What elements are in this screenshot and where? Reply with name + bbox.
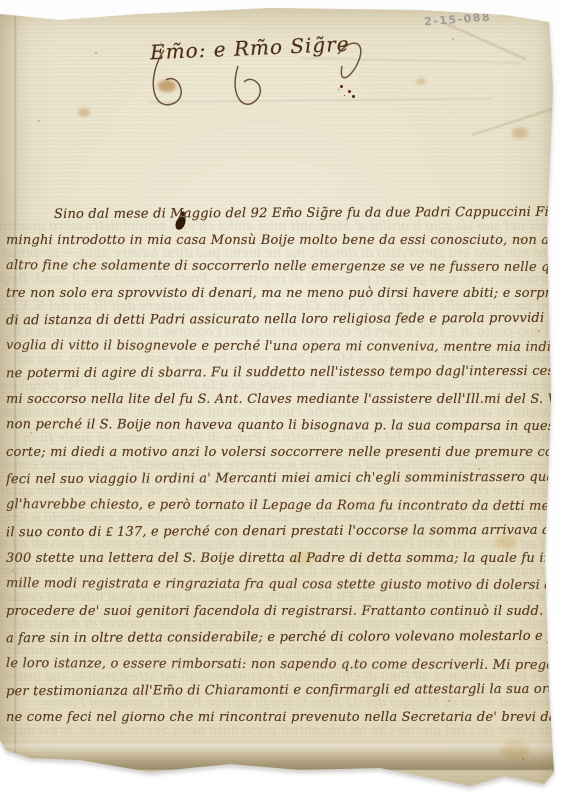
stain-spot [416,78,426,85]
manuscript-line: corte; mi diedi a motivo anzi lo volersi… [6,440,551,467]
manuscript-line: di ad istanza di detti Padri assicurato … [6,306,551,335]
horizontal-crease [150,96,491,103]
diagonal-wrinkle [443,22,526,60]
manuscript-line: voglia di vitto il bisognevole e perché … [6,333,551,361]
horizontal-crease [300,56,521,64]
manuscript-line: gl'havrebbe chiesto, e però tornato il L… [6,492,551,520]
manuscript-line: 300 stette una lettera del S. Boije dire… [6,546,551,573]
manuscript-paper: 2-15-088 Em̃o: e Rm̃o Sig̃re feci nel su… [0,0,561,800]
manuscript-line: le loro istanze, o essere rimborsati: no… [6,651,551,679]
diagonal-wrinkle [472,106,558,136]
manuscript-line: il suo conto di ₤ 137, e perché con dena… [6,518,551,547]
manuscript-line: ne come feci nel giorno che mi rincontra… [6,705,551,732]
foxing-spots [0,0,2,2]
manuscript-line: tre non solo era sprovvisto di denari, m… [6,281,551,308]
ink-dot-cluster [340,85,343,88]
stain-spot [158,80,176,92]
manuscript-line: altro fine che solamente di soccorrerlo … [6,253,551,281]
manuscript-line: a fare sin in oltre detta considerabile;… [6,624,551,653]
manuscript-line: Sino dal mese di Maggio del 92 Em̃o Sig̃… [6,200,551,229]
scanned-letter: 2-15-088 Em̃o: e Rm̃o Sig̃re feci nel su… [0,0,561,800]
bottom-edge-fold [0,744,561,770]
salutation-heading: Em̃o: e Rm̃o Sig̃re [150,32,350,65]
manuscript-line: procedere de' suoi genitori facendola di… [6,599,551,626]
manuscript-line: feci nel suo viaggio li ordini a' Mercan… [6,465,551,494]
letter-body: Sino dal mese di Maggio del 92 Em̃o Sig̃… [6,201,551,731]
stain-spot [78,108,90,117]
stain-spot [512,128,528,138]
catalog-number: 2-15-088 [424,11,492,29]
manuscript-line: minghi introdotto in mia casa Monsù Boij… [6,228,551,255]
manuscript-line: non perché il S. Boije non haveva quanto… [6,412,551,440]
paper-shadow: 2-15-088 Em̃o: e Rm̃o Sig̃re feci nel su… [0,0,561,800]
manuscript-line: mille modi registrata e ringraziata fra … [6,571,551,599]
manuscript-line: per testimonianza all'Em̃o di Chiaramont… [6,677,551,706]
manuscript-line: ne potermi di agire di sbarra. Fu il sud… [6,359,551,388]
manuscript-line: mi soccorso nella lite del fu S. Ant. Cl… [6,387,551,414]
